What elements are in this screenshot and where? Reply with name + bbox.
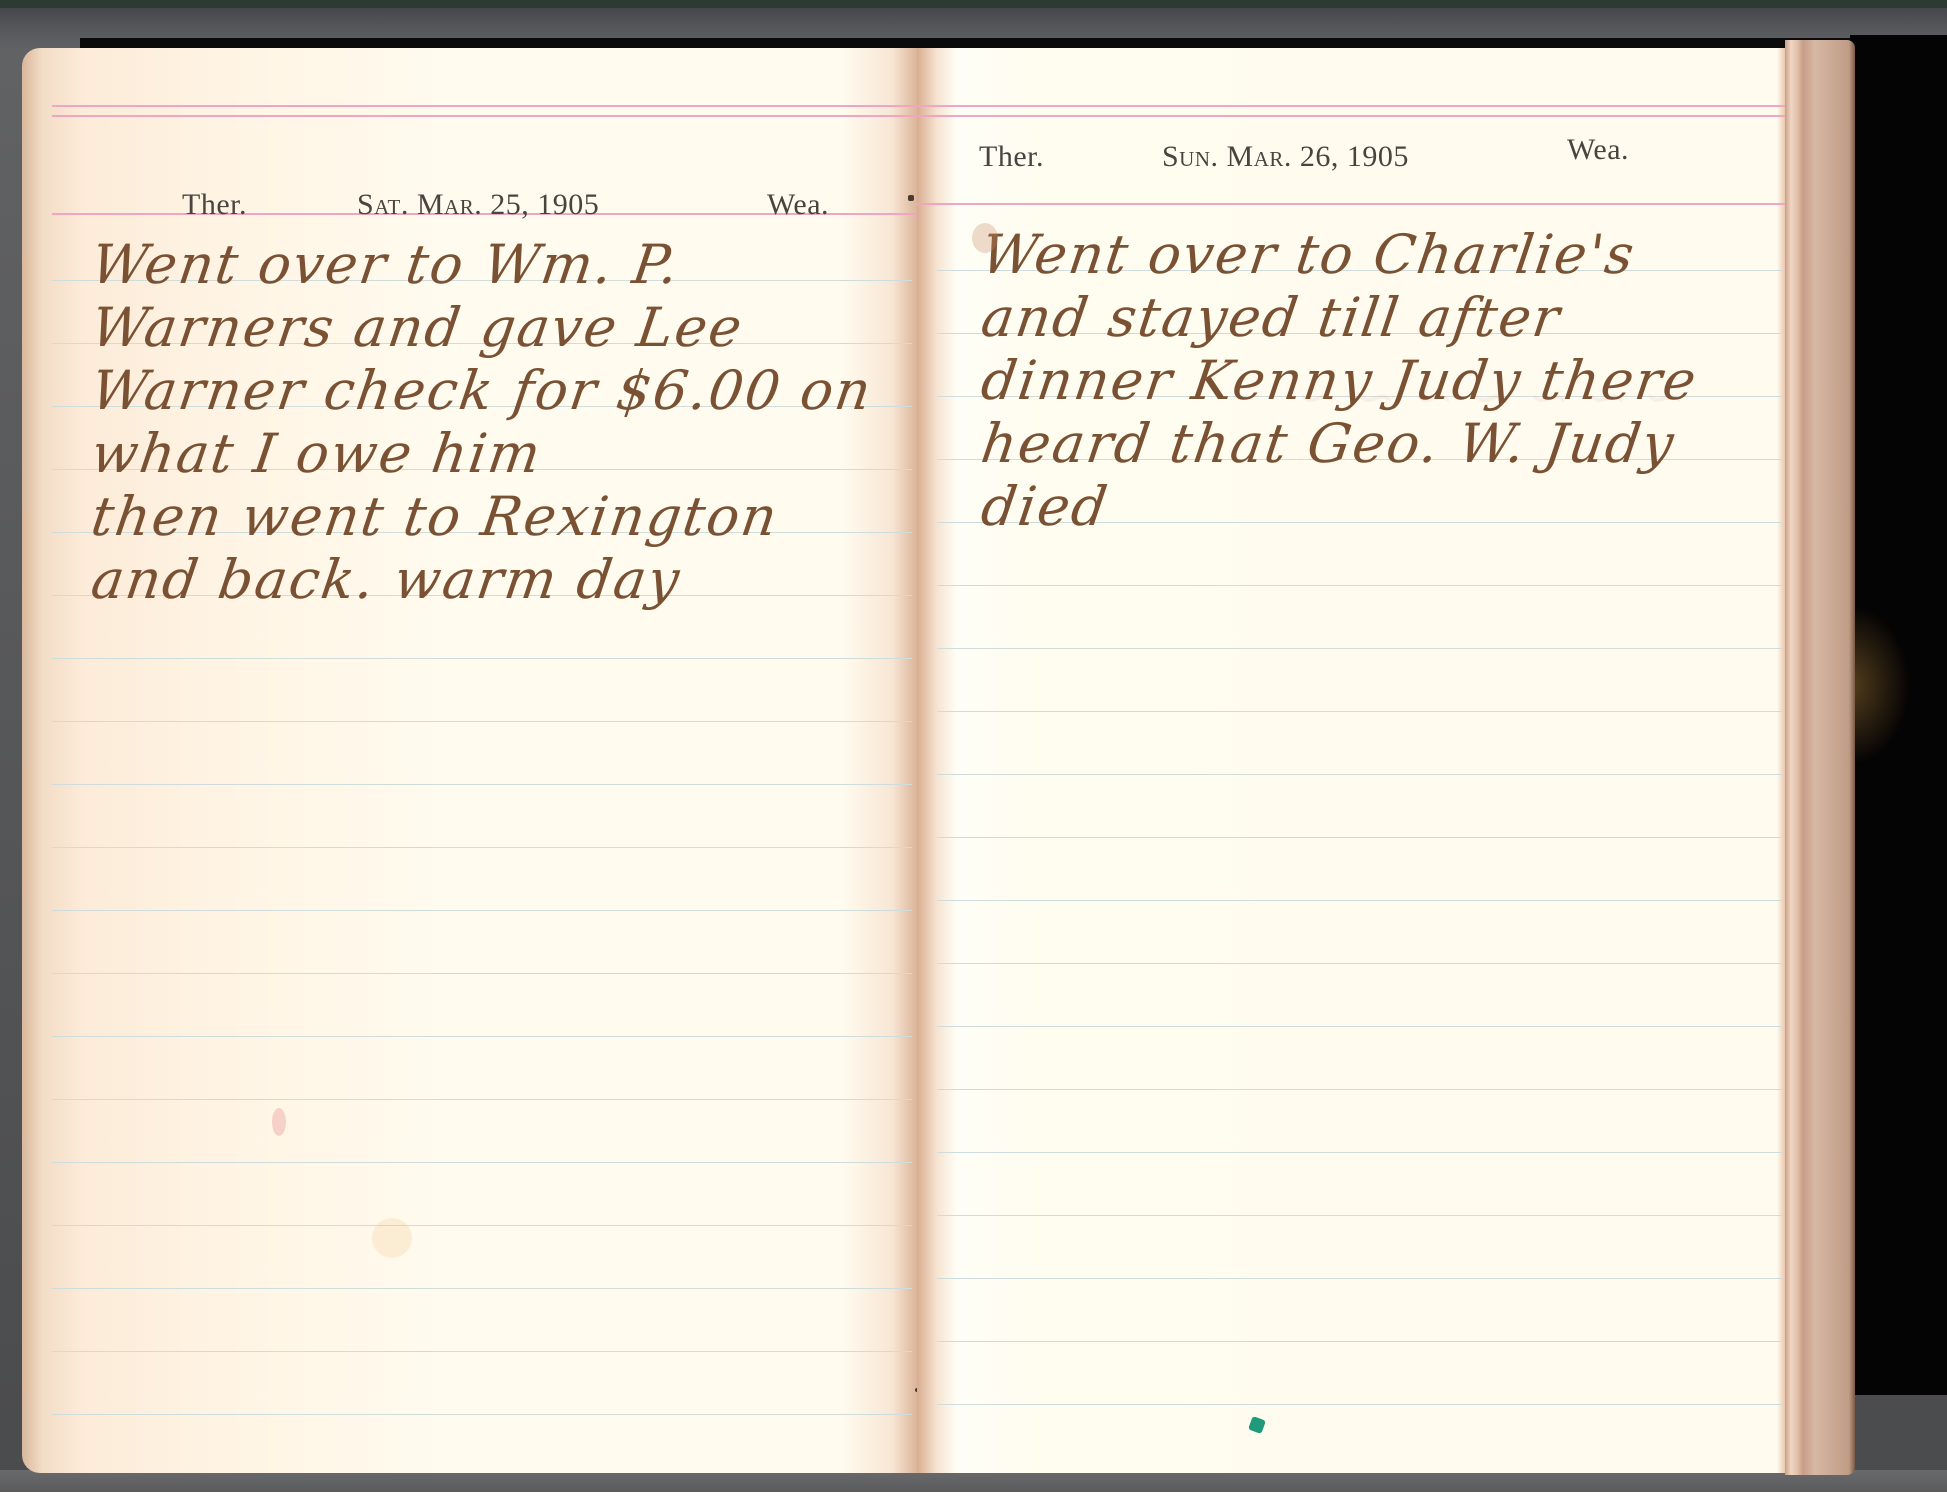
- ruled-line: [52, 1288, 912, 1289]
- ruled-line: [937, 585, 1782, 586]
- entry-line: heard that Geo. W. Judy: [978, 412, 1680, 475]
- ruled-line: [52, 1162, 912, 1163]
- entry-line: and back. warm day: [88, 548, 685, 611]
- diary-page-right: Ther. Sun. Mar. 26, 1905 Wea. ~ ~ ~ ~ ~ …: [917, 48, 1785, 1473]
- ruled-line: [937, 1026, 1782, 1027]
- ruled-line: [937, 774, 1782, 775]
- scanner-bottom-edge: [0, 1470, 1947, 1492]
- thermometer-label: Ther.: [182, 188, 247, 222]
- paper-stain: [372, 1218, 412, 1258]
- ruled-line: [52, 658, 912, 659]
- entry-line: died: [978, 475, 1113, 538]
- binding-thread: [908, 195, 914, 201]
- dark-background-right: [1850, 35, 1947, 1395]
- light-reflection: [1850, 605, 1910, 765]
- entry-line: then went to Rexington: [88, 485, 783, 548]
- header-rule-top: [52, 105, 917, 107]
- book-fore-edge: [1785, 40, 1855, 1475]
- ruled-line: [52, 1414, 912, 1415]
- entry-line: and stayed till after: [978, 286, 1566, 349]
- ruled-line: [52, 910, 912, 911]
- paper-stain: [972, 223, 998, 253]
- header-rule-top: [917, 105, 1785, 107]
- ruled-line: [52, 784, 912, 785]
- ruled-line: [937, 1152, 1782, 1153]
- entry-line: dinner Kenny Judy there: [978, 349, 1702, 412]
- ruled-line: [937, 648, 1782, 649]
- diary-page-left: Ther. Sat. Mar. 25, 1905 Wea. Went over …: [22, 48, 917, 1473]
- weather-label: Wea.: [767, 188, 829, 222]
- header-rule-top-2: [917, 115, 1785, 117]
- ruled-line: [52, 1225, 912, 1226]
- entry-line: Went over to Wm. P.: [88, 233, 684, 296]
- ruled-line: [52, 1351, 912, 1352]
- ruled-line: [937, 1404, 1782, 1405]
- paper-stain: [272, 1108, 286, 1136]
- page-date: Sun. Mar. 26, 1905: [1162, 140, 1409, 174]
- weather-label: Wea.: [1567, 133, 1629, 167]
- ruled-line: [937, 1215, 1782, 1216]
- ruled-line: [937, 963, 1782, 964]
- ruled-line: [937, 1341, 1782, 1342]
- ruled-line: [52, 847, 912, 848]
- ruled-line: [937, 711, 1782, 712]
- header-rule-top-2: [52, 115, 917, 117]
- entry-line: what I owe him: [88, 422, 547, 485]
- entry-line: Warners and gave Lee: [88, 296, 748, 359]
- scanner-edge: [0, 0, 1947, 8]
- thermometer-label: Ther.: [979, 140, 1044, 174]
- header-rule-bottom: [917, 203, 1785, 205]
- ruled-line: [52, 1099, 912, 1100]
- page-date: Sat. Mar. 25, 1905: [357, 188, 599, 222]
- ruled-line: [937, 900, 1782, 901]
- ruled-line: [52, 721, 912, 722]
- ruled-line: [52, 1036, 912, 1037]
- ruled-line: [52, 973, 912, 974]
- ruled-line: [937, 1278, 1782, 1279]
- ruled-line: [937, 837, 1782, 838]
- entry-line: Warner check for $6.00 on: [88, 359, 877, 422]
- ruled-line: [937, 1089, 1782, 1090]
- entry-line: Went over to Charlie's: [978, 223, 1640, 286]
